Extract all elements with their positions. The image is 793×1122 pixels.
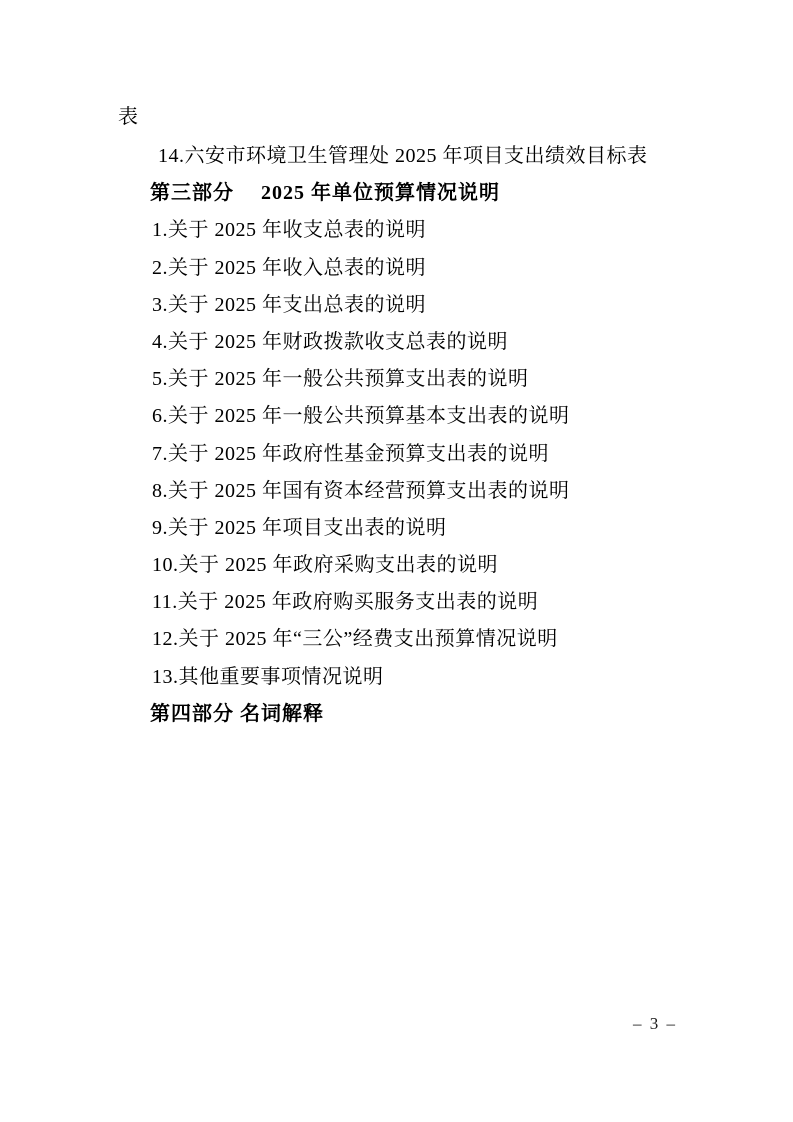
toc-item-1: 1.关于 2025 年收支总表的说明: [118, 212, 718, 249]
section3-heading: 第三部分 2025 年单位预算情况说明: [118, 175, 718, 212]
toc-item-11: 11.关于 2025 年政府购买服务支出表的说明: [118, 584, 718, 621]
toc-item-7: 7.关于 2025 年政府性基金预算支出表的说明: [118, 436, 718, 473]
toc-item-13: 13.其他重要事项情况说明: [118, 659, 718, 696]
toc-item-14: 14.六安市环境卫生管理处 2025 年项目支出绩效目标表: [118, 138, 718, 175]
continuation-text: 表: [118, 96, 718, 138]
document-page: 表 14.六安市环境卫生管理处 2025 年项目支出绩效目标表 第三部分 202…: [0, 0, 793, 1122]
toc-item-4: 4.关于 2025 年财政拨款收支总表的说明: [118, 324, 718, 361]
toc-item-2: 2.关于 2025 年收入总表的说明: [118, 250, 718, 287]
toc-item-6: 6.关于 2025 年一般公共预算基本支出表的说明: [118, 398, 718, 435]
document-body: 表 14.六安市环境卫生管理处 2025 年项目支出绩效目标表 第三部分 202…: [118, 96, 718, 733]
section4-heading: 第四部分 名词解释: [118, 696, 718, 733]
toc-item-8: 8.关于 2025 年国有资本经营预算支出表的说明: [118, 473, 718, 510]
toc-item-3: 3.关于 2025 年支出总表的说明: [118, 287, 718, 324]
toc-item-9: 9.关于 2025 年项目支出表的说明: [118, 510, 718, 547]
page-number: – 3 –: [600, 1014, 710, 1034]
toc-item-10: 10.关于 2025 年政府采购支出表的说明: [118, 547, 718, 584]
toc-item-12: 12.关于 2025 年“三公”经费支出预算情况说明: [118, 621, 718, 658]
toc-item-5: 5.关于 2025 年一般公共预算支出表的说明: [118, 361, 718, 398]
